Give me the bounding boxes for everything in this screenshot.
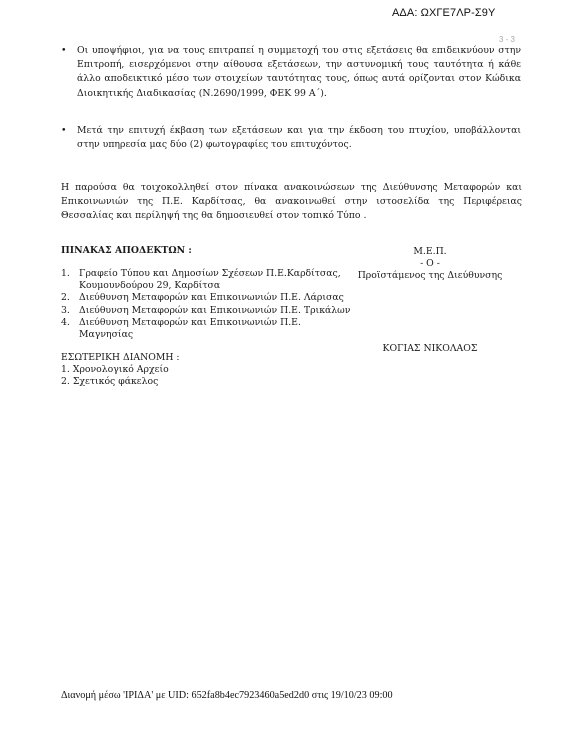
item-number: 2. [61, 292, 70, 304]
signature-line-o: - Ο - [340, 258, 520, 270]
signatory-name: ΚΟΓΙΑΣ ΝΙΚΟΛΑΟΣ [340, 343, 520, 354]
item-number: 1. [61, 268, 70, 280]
distribution-footer: Διανομή μέσω 'ΙΡΙΔΑ' με UID: 652fa8b4ec7… [61, 690, 393, 701]
recipient-item: 4.Διεύθυνση Μεταφορών και Επικοινωνιών Π… [61, 317, 351, 341]
bullet-icon: • [61, 44, 66, 58]
item-number: 3. [61, 305, 70, 317]
ada-code: ΑΔΑ: ΩΧΓΕ7ΛΡ-Σ9Υ [392, 7, 495, 19]
recipient-text: Διεύθυνση Μεταφορών και Επικοινωνιών Π.Ε… [79, 305, 350, 316]
internal-distribution-title: ΕΣΩΤΕΡΙΚΗ ΔΙΑΝΟΜΗ : [61, 352, 180, 364]
bullet-text: Οι υποψήφιοι, για να τους επιτραπεί η συ… [77, 44, 521, 101]
recipients-list: 1.Γραφείο Τύπου και Δημοσίων Σχέσεων Π.Ε… [61, 268, 351, 341]
recipient-item: 2.Διεύθυνση Μεταφορών και Επικοινωνιών Π… [61, 292, 351, 304]
recipient-item: 3.Διεύθυνση Μεταφορών και Επικοινωνιών Π… [61, 305, 351, 317]
item-number: 4. [61, 317, 70, 329]
bullet-text: Μετά την επιτυχή έκβαση των εξετάσεων κα… [77, 124, 521, 152]
internal-item: 2. Σχετικός φάκελος [61, 376, 180, 388]
page-number: 3 - 3 [499, 35, 515, 44]
recipients-title: ΠΙΝΑΚΑΣ ΑΠΟΔΕΚΤΩΝ : [61, 245, 192, 256]
recipient-text: Διεύθυνση Μεταφορών και Επικοινωνιών Π.Ε… [79, 317, 301, 340]
recipient-text: Γραφείο Τύπου και Δημοσίων Σχέσεων Π.Ε.Κ… [79, 268, 341, 291]
signature-title: Προϊστάμενος της Διεύθυνσης [340, 270, 520, 282]
recipient-text: Διεύθυνση Μεταφορών και Επικοινωνιών Π.Ε… [79, 292, 344, 303]
bullet-icon: • [61, 124, 66, 138]
bullet-item: • Μετά την επιτυχή έκβαση των εξετάσεων … [61, 124, 521, 152]
signature-block: Μ.Ε.Π. - Ο - Προϊστάμενος της Διεύθυνσης [340, 246, 520, 283]
recipient-item: 1.Γραφείο Τύπου και Δημοσίων Σχέσεων Π.Ε… [61, 268, 351, 292]
bullet-item: • Οι υποψήφιοι, για να τους επιτραπεί η … [61, 44, 521, 101]
signature-line-mep: Μ.Ε.Π. [340, 246, 520, 258]
internal-distribution: ΕΣΩΤΕΡΙΚΗ ΔΙΑΝΟΜΗ : 1. Χρονολογικό Αρχεί… [61, 352, 180, 389]
internal-item: 1. Χρονολογικό Αρχείο [61, 364, 180, 376]
announcement-paragraph: Η παρούσα θα τοιχοκολληθεί στον πίνακα α… [61, 181, 522, 224]
